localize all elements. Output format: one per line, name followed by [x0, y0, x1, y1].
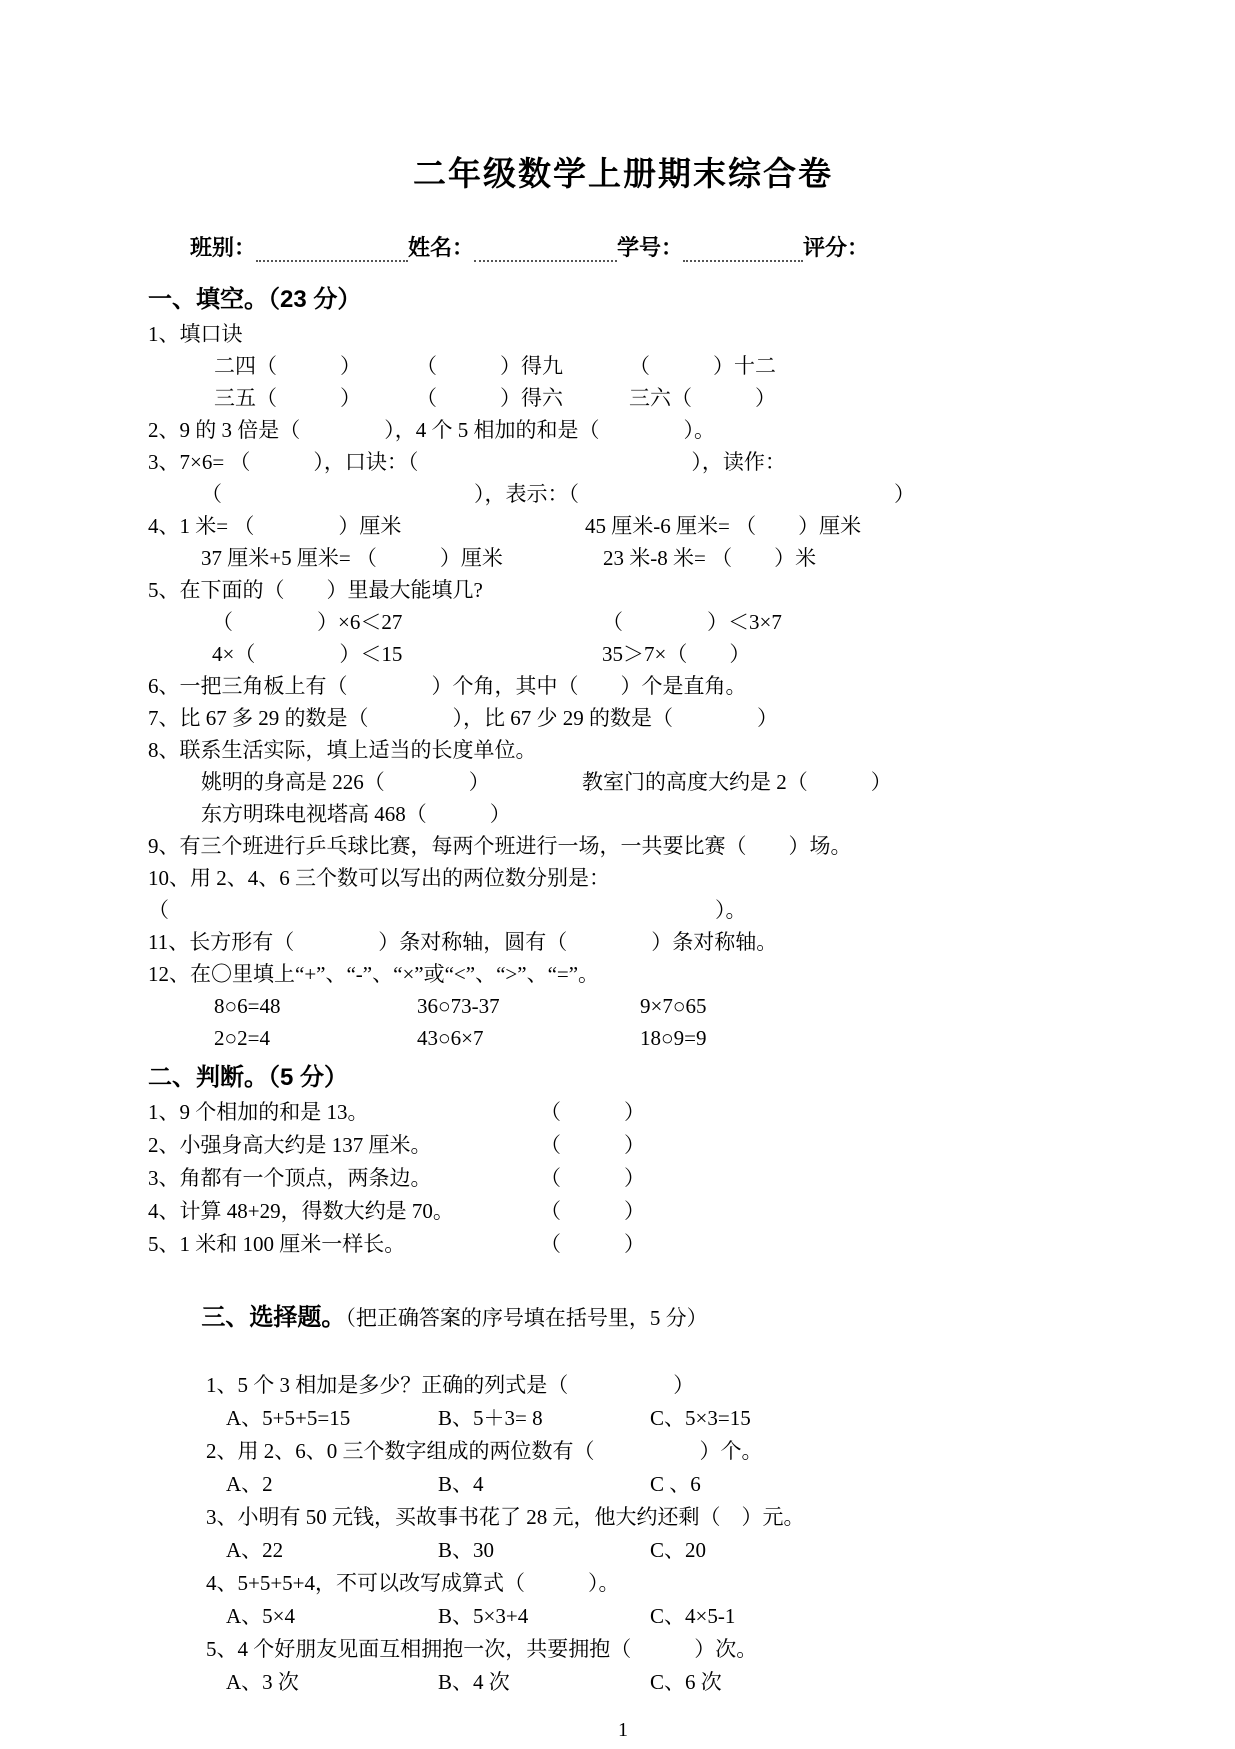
s2-item-1-text: 1、9 个相加的和是 13。: [148, 1096, 540, 1129]
s1-q2: 2、9 的 3 倍是（ ），4 个 5 相加的和是（ ）。: [148, 414, 1098, 446]
s3-q5-option-b: B、4 次: [438, 1666, 650, 1699]
s1-q11: 11、长方形有（ ）条对称轴，圆有（ ）条对称轴。: [148, 926, 1098, 958]
s2-item-5-bracket: （ ）: [540, 1228, 645, 1261]
s1-q1-row2: 三五（ ）（ ）得六三六（ ）: [148, 382, 1098, 414]
s1-q12-row2-col3: 18○9=9: [640, 1022, 707, 1054]
s3-q5-option-a: A、3 次: [226, 1666, 438, 1699]
s1-q1-row2-col1: 三五（ ）: [214, 382, 416, 414]
s1-q4-row1: 4、1 米= （ ）厘米45 厘米-6 厘米= （ ）厘米: [148, 510, 1098, 542]
section3-heading-main: 三、选择题。: [201, 1304, 345, 1331]
s1-q3: 3、7×6= （ ），口诀：（ ），读作：: [148, 446, 1098, 478]
page-number: 1: [148, 1717, 1098, 1743]
s1-q12-row1-col3: 9×7○65: [640, 990, 707, 1022]
s1-q4-row2: 37 厘米+5 厘米= （ ）厘米23 米-8 米= （ ）米: [148, 542, 1098, 574]
s1-q5-row2-col2: 35＞7×（ ）: [602, 638, 750, 670]
s1-q4-row1-col1: 4、1 米= （ ）厘米: [148, 510, 585, 542]
page-title: 二年级数学上册期末综合卷: [148, 150, 1098, 198]
s1-q5-row2: 4×（ ）＜1535＞7×（ ）: [148, 638, 1098, 670]
s1-q3-row2: （ ），表示：（ ）: [148, 478, 1098, 510]
section3-heading-note: （把正确答案的序号填在括号里，5 分）: [345, 1306, 707, 1330]
s1-q1-row1-col1: 二四（ ）: [214, 350, 416, 382]
s1-q1-row1-col2: （ ）得九: [416, 350, 629, 382]
s1-q5-row1-col1: （ ）×6＜27: [212, 606, 602, 638]
s3-q4: 4、5+5+5+4，不可以改写成算式（ ）。: [148, 1567, 1098, 1600]
s3-q3-option-a: A、22: [226, 1534, 438, 1567]
s1-q12-row2-col2: 43○6×7: [417, 1022, 640, 1054]
s1-q5-row1: （ ）×6＜27（ ）＜3×7: [148, 606, 1098, 638]
s3-q2: 2、用 2、6、0 三个数字组成的两位数有（ ）个。: [148, 1435, 1098, 1468]
s1-q12: 12、在〇里填上“+”、“-”、“×”或“<”、“>”、“=”。: [148, 958, 1098, 990]
s1-q12-row2-col1: 2○2=4: [214, 1022, 417, 1054]
class-label: 班别：: [190, 231, 256, 262]
s3-q4-options: A、5×4B、5×3+4C、4×5-1: [148, 1600, 1098, 1633]
s3-q3-option-c: C、20: [650, 1534, 706, 1567]
s2-item-3-bracket: （ ）: [540, 1162, 645, 1195]
s3-q1-option-b: B、5＋3= 8: [438, 1402, 650, 1435]
section-true-false: 二、判断。（5 分） 1、9 个相加的和是 13。（ ） 2、小强身高大约是 1…: [148, 1060, 1098, 1261]
s1-q8-row1-col2: 教室门的高度大约是 2（ ）: [582, 766, 892, 798]
s3-q1-option-a: A、5+5+5=15: [226, 1402, 438, 1435]
section-fill-in: 一、填空。（23 分） 1、填口诀 二四（ ）（ ）得九（ ）十二 三五（ ）（…: [148, 282, 1098, 1054]
s3-q3-option-b: B、30: [438, 1534, 650, 1567]
s2-item-3: 3、角都有一个顶点，两条边。（ ）: [148, 1162, 1098, 1195]
s2-item-4-bracket: （ ）: [540, 1195, 645, 1228]
section3-heading: 三、选择题。（把正确答案的序号填在括号里，5 分）: [148, 1267, 1098, 1369]
s1-q12-row1-col2: 36○73-37: [417, 990, 640, 1022]
s1-q8: 8、联系生活实际，填上适当的长度单位。: [148, 734, 1098, 766]
s2-item-2: 2、小强身高大约是 137 厘米。（ ）: [148, 1129, 1098, 1162]
s2-item-2-text: 2、小强身高大约是 137 厘米。: [148, 1129, 540, 1162]
section2-heading: 二、判断。（5 分）: [148, 1060, 1098, 1096]
s3-q1: 1、5 个 3 相加是多少？正确的列式是（ ）: [148, 1369, 1098, 1402]
s1-q9: 9、有三个班进行乒乓球比赛，每两个班进行一场，一共要比赛（ ）场。: [148, 830, 1098, 862]
s1-q5-row1-col2: （ ）＜3×7: [602, 606, 782, 638]
exam-page: 二年级数学上册期末综合卷 班别：姓名：学号：评分： 一、填空。（23 分） 1、…: [0, 0, 1235, 1749]
s1-q1-row1: 二四（ ）（ ）得九（ ）十二: [148, 350, 1098, 382]
s1-q5-row2-col1: 4×（ ）＜15: [212, 638, 602, 670]
s3-q2-options: A、2B、4C 、6: [148, 1468, 1098, 1501]
student-info-row: 班别：姓名：学号：评分：: [190, 228, 1098, 262]
s3-q5-options: A、3 次B、4 次C、6 次: [148, 1666, 1098, 1699]
s2-item-4-text: 4、计算 48+29，得数大约是 70。: [148, 1195, 540, 1228]
s1-q10: 10、用 2、4、6 三个数可以写出的两位数分别是：（ ）。: [148, 862, 1098, 926]
s1-q4-row2-col1: 37 厘米+5 厘米= （ ）厘米: [201, 542, 603, 574]
s1-q8-row1: 姚明的身高是 226（ ）教室门的高度大约是 2（ ）: [148, 766, 1098, 798]
s1-q5: 5、在下面的（ ）里最大能填几?: [148, 574, 1098, 606]
name-label: 姓名：: [408, 231, 474, 262]
s2-item-4: 4、计算 48+29，得数大约是 70。（ ）: [148, 1195, 1098, 1228]
s1-q4-row2-col2: 23 米-8 米= （ ）米: [603, 542, 816, 574]
name-blank: [474, 234, 617, 262]
s2-item-5-text: 5、1 米和 100 厘米一样长。: [148, 1228, 540, 1261]
s3-q3: 3、小明有 50 元钱，买故事书花了 28 元，他大约还剩（ ）元。: [148, 1501, 1098, 1534]
s1-q7: 7、比 67 多 29 的数是（ ），比 67 少 29 的数是（ ）: [148, 702, 1098, 734]
s1-q4-row1-col2: 45 厘米-6 厘米= （ ）厘米: [585, 510, 861, 542]
s3-q5: 5、4 个好朋友见面互相拥抱一次，共要拥抱（ ）次。: [148, 1633, 1098, 1666]
s3-q1-option-c: C、5×3=15: [650, 1402, 751, 1435]
s3-q2-option-b: B、4: [438, 1468, 650, 1501]
s1-q1-row2-col2: （ ）得六: [416, 382, 629, 414]
s1-q12-row1-col1: 8○6=48: [214, 990, 417, 1022]
s1-q12-row2: 2○2=443○6×718○9=9: [148, 1022, 1098, 1054]
s3-q5-option-c: C、6 次: [650, 1666, 722, 1699]
s1-q1: 1、填口诀: [148, 318, 1098, 350]
s3-q4-option-a: A、5×4: [226, 1600, 438, 1633]
s1-q1-row1-col3: （ ）十二: [629, 350, 776, 382]
s2-item-3-text: 3、角都有一个顶点，两条边。: [148, 1162, 540, 1195]
s3-q2-option-c: C 、6: [650, 1468, 701, 1501]
section1-heading: 一、填空。（23 分）: [148, 282, 1098, 318]
s2-item-2-bracket: （ ）: [540, 1129, 645, 1162]
student-id-blank: [683, 234, 803, 262]
s2-item-5: 5、1 米和 100 厘米一样长。（ ）: [148, 1228, 1098, 1261]
section-multiple-choice: 三、选择题。（把正确答案的序号填在括号里，5 分） 1、5 个 3 相加是多少？…: [148, 1267, 1098, 1699]
class-blank: [256, 234, 408, 262]
exam-content: 二年级数学上册期末综合卷 班别：姓名：学号：评分： 一、填空。（23 分） 1、…: [148, 150, 1098, 1743]
s2-item-1: 1、9 个相加的和是 13。（ ）: [148, 1096, 1098, 1129]
s3-q4-option-b: B、5×3+4: [438, 1600, 650, 1633]
s1-q6: 6、一把三角板上有（ ）个角，其中（ ）个是直角。: [148, 670, 1098, 702]
s3-q4-option-c: C、4×5-1: [650, 1600, 735, 1633]
s1-q1-row2-col3: 三六（ ）: [629, 382, 776, 414]
s1-q12-row1: 8○6=4836○73-379×7○65: [148, 990, 1098, 1022]
s3-q2-option-a: A、2: [226, 1468, 438, 1501]
s1-q8-row2: 东方明珠电视塔高 468（ ）: [148, 798, 1098, 830]
s2-item-1-bracket: （ ）: [540, 1096, 645, 1129]
s3-q1-options: A、5+5+5=15B、5＋3= 8C、5×3=15: [148, 1402, 1098, 1435]
s3-q3-options: A、22B、30C、20: [148, 1534, 1098, 1567]
student-id-label: 学号：: [617, 231, 683, 262]
score-label: 评分：: [803, 231, 869, 262]
s1-q8-row1-col1: 姚明的身高是 226（ ）: [201, 766, 582, 798]
